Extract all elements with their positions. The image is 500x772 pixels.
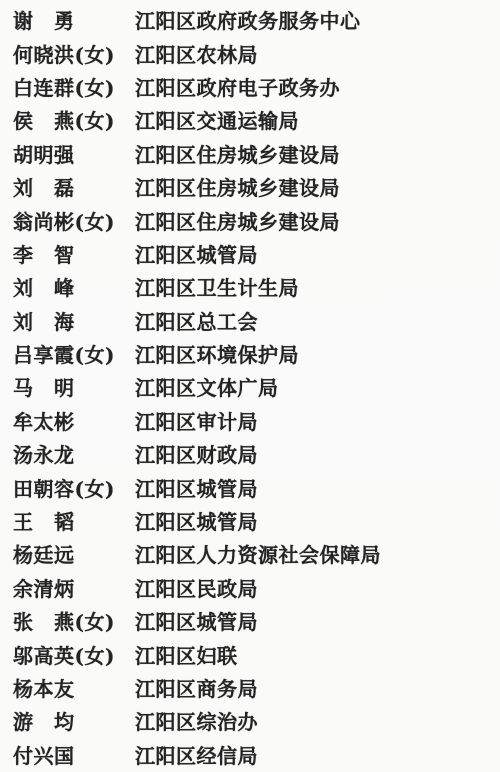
roster-row: 田朝容(女) 江阳区城管局 — [0, 470, 500, 503]
roster-row: 刘 磊 江阳区住房城乡建设局 — [0, 170, 500, 203]
organization-name: 江阳区城管局 — [135, 239, 258, 268]
roster-row: 张 燕(女) 江阳区城管局 — [0, 604, 500, 637]
roster-row: 刘 海 江阳区总工会 — [0, 304, 500, 337]
organization-name: 江阳区人力资源社会保障局 — [135, 539, 381, 568]
person-name: 李 智 — [13, 239, 135, 268]
roster-row: 邬高英(女) 江阳区妇联 — [0, 637, 500, 670]
person-name: 刘 海 — [13, 306, 135, 335]
person-name: 何晓洪(女) — [13, 39, 135, 68]
person-name: 余清炳 — [13, 573, 135, 602]
organization-name: 江阳区住房城乡建设局 — [135, 172, 340, 201]
roster-row: 牟太彬 江阳区审计局 — [0, 404, 500, 437]
person-name: 杨廷远 — [13, 539, 135, 568]
person-name: 翁尚彬(女) — [13, 206, 135, 235]
organization-name: 江阳区财政局 — [135, 439, 258, 468]
organization-name: 江阳区政府政务服务中心 — [135, 5, 361, 34]
roster-row: 杨廷远 江阳区人力资源社会保障局 — [0, 537, 500, 570]
roster-row: 谢 勇 江阳区政府政务服务中心 — [0, 3, 500, 36]
person-name: 刘 峰 — [13, 272, 135, 301]
organization-name: 江阳区审计局 — [135, 406, 258, 435]
organization-name: 江阳区城管局 — [135, 473, 258, 502]
roster-row: 白连群(女) 江阳区政府电子政务办 — [0, 70, 500, 103]
roster-row: 王 韬 江阳区城管局 — [0, 504, 500, 537]
roster-row: 何晓洪(女) 江阳区农林局 — [0, 36, 500, 69]
roster-row: 汤永龙 江阳区财政局 — [0, 437, 500, 470]
roster-row: 付兴国 江阳区经信局 — [0, 738, 500, 771]
roster-row: 刘 峰 江阳区卫生计生局 — [0, 270, 500, 303]
roster-row: 翁尚彬(女) 江阳区住房城乡建设局 — [0, 203, 500, 236]
organization-name: 江阳区环境保护局 — [135, 339, 299, 368]
person-name: 马 明 — [13, 372, 135, 401]
roster-row: 吕享霞(女) 江阳区环境保护局 — [0, 337, 500, 370]
person-name: 张 燕(女) — [13, 606, 135, 635]
organization-name: 江阳区政府电子政务办 — [135, 72, 340, 101]
person-name: 付兴国 — [13, 740, 135, 769]
organization-name: 江阳区综治办 — [135, 706, 258, 735]
organization-name: 江阳区民政局 — [135, 573, 258, 602]
roster-row: 杨本友 江阳区商务局 — [0, 671, 500, 704]
person-name: 汤永龙 — [13, 439, 135, 468]
organization-name: 江阳区城管局 — [135, 606, 258, 635]
organization-name: 江阳区文体广局 — [135, 372, 279, 401]
organization-name: 江阳区妇联 — [135, 640, 238, 669]
organization-name: 江阳区住房城乡建设局 — [135, 206, 340, 235]
person-name: 邬高英(女) — [13, 640, 135, 669]
roster-row: 游 均 江阳区综治办 — [0, 704, 500, 737]
organization-name: 江阳区交通运输局 — [135, 105, 299, 134]
roster-row: 胡明强 江阳区住房城乡建设局 — [0, 137, 500, 170]
person-name: 谢 勇 — [13, 5, 135, 34]
person-name: 牟太彬 — [13, 406, 135, 435]
person-name: 田朝容(女) — [13, 473, 135, 502]
organization-name: 江阳区卫生计生局 — [135, 272, 299, 301]
organization-name: 江阳区总工会 — [135, 306, 258, 335]
organization-name: 江阳区城管局 — [135, 506, 258, 535]
person-name: 杨本友 — [13, 673, 135, 702]
person-name: 胡明强 — [13, 139, 135, 168]
roster-row: 马 明 江阳区文体广局 — [0, 370, 500, 403]
person-name: 刘 磊 — [13, 172, 135, 201]
person-name: 白连群(女) — [13, 72, 135, 101]
roster-row: 李 智 江阳区城管局 — [0, 237, 500, 270]
roster-row: 侯 燕(女) 江阳区交通运输局 — [0, 103, 500, 136]
awardee-roster-list: 谢 勇 江阳区政府政务服务中心 何晓洪(女) 江阳区农林局 白连群(女) 江阳区… — [0, 3, 500, 771]
person-name: 王 韬 — [13, 506, 135, 535]
organization-name: 江阳区商务局 — [135, 673, 258, 702]
roster-row: 余清炳 江阳区民政局 — [0, 571, 500, 604]
organization-name: 江阳区农林局 — [135, 39, 258, 68]
organization-name: 江阳区经信局 — [135, 740, 258, 769]
person-name: 游 均 — [13, 706, 135, 735]
person-name: 侯 燕(女) — [13, 105, 135, 134]
person-name: 吕享霞(女) — [13, 339, 135, 368]
organization-name: 江阳区住房城乡建设局 — [135, 139, 340, 168]
scanned-document-page: 谢 勇 江阳区政府政务服务中心 何晓洪(女) 江阳区农林局 白连群(女) 江阳区… — [0, 0, 500, 772]
